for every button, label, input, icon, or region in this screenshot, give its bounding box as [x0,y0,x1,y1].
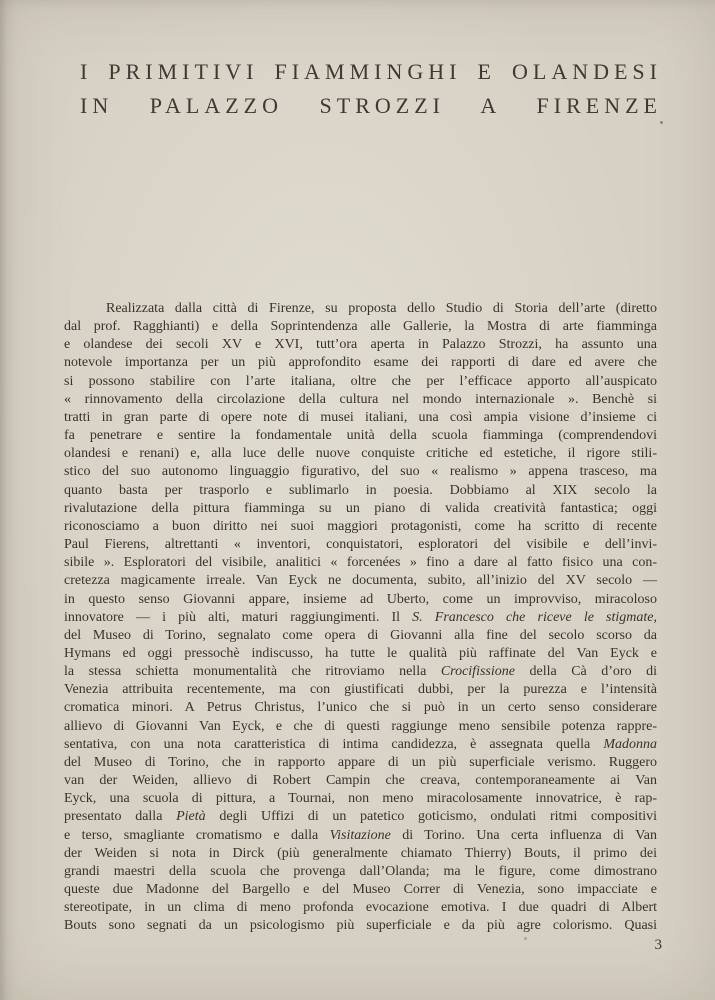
text-line: olandesi e renani) e, alla luce delle nu… [64,445,657,463]
text-line: grandi maestri della scuola che provenga… [64,863,657,881]
page-title-line-1: I PRIMITIVI FIAMMINGHI E OLANDESI [80,55,662,89]
scan-speck [660,121,663,124]
text-line: van der Weiden, allievo di Robert Campin… [64,772,657,790]
text-line: stico del suo autonomo linguaggio figura… [64,463,657,481]
text-line: Venezia attribuita recentemente, ma con … [64,681,657,699]
text-line: rivalutazione della pittura fiamminga su… [64,500,657,518]
text-line: der Weiden si nota in Dirck (più general… [64,845,657,863]
text-line: Hymans ed oggi pressochè indiscusso, ha … [64,645,657,663]
text-line: cromatica minori. A Petrus Christus, l’u… [64,699,657,717]
text-line: tratti in gran parte di opere note di mu… [64,409,657,427]
text-line: e olandese dei secoli XV e XVI, tutt’ora… [64,336,657,354]
text-line: si possono stabilire con l’arte italiana… [64,373,657,391]
text-line: quanto basta per trasporlo e sublimarlo … [64,482,657,500]
text-line: presentato dalla Pietà degli Uffizi di u… [64,808,657,826]
text-line: innovatore — i più alti, maturi raggiung… [64,609,657,627]
text-line: sibile ». Esploratori del visibile, anal… [64,554,657,572]
text-line: Realizzata dalla città di Firenze, su pr… [64,300,657,318]
text-line: Bouts sono segnati da un psicologismo pi… [64,917,657,935]
scanned-book-page: I PRIMITIVI FIAMMINGHI E OLANDESI IN PAL… [0,0,715,1000]
page-number: 3 [655,937,663,954]
text-line: queste due Madonne del Bargello e del Mu… [64,881,657,899]
body-text: Realizzata dalla città di Firenze, su pr… [64,300,657,935]
text-line: in questo senso Giovanni appare, insieme… [64,591,657,609]
text-line: Paul Fierens, altrettanti « inventori, c… [64,536,657,554]
text-line: stereotipate, in un clima di meno profon… [64,899,657,917]
text-line: del Museo di Torino, segnalato come oper… [64,627,657,645]
text-line: notevole importanza per un più approfond… [64,354,657,372]
scan-speck [524,937,527,940]
text-line: fa penetrare e sentire la fondamentale u… [64,427,657,445]
text-line: allievo di Giovanni Van Eyck, e che di q… [64,718,657,736]
text-line: dal prof. Ragghianti) e della Soprintend… [64,318,657,336]
text-line: Eyck, una scuola di pittura, a Tournai, … [64,790,657,808]
text-line: del Museo di Torino, che in rapporto app… [64,754,657,772]
text-line: cretezza magicamente irreale. Van Eyck n… [64,572,657,590]
text-line: la stessa schietta monumentalità che rit… [64,663,657,681]
page-title: I PRIMITIVI FIAMMINGHI E OLANDESI IN PAL… [80,55,662,123]
text-line: « rinnovamento della circolazione della … [64,391,657,409]
text-line: e terso, smagliante cromatismo e dalla V… [64,827,657,845]
text-line: sentativa, con una nota caratteristica d… [64,736,657,754]
page-title-line-2: IN PALAZZO STROZZI A FIRENZE [80,89,662,123]
text-line: riconosciamo a buon diritto nei suoi mag… [64,518,657,536]
